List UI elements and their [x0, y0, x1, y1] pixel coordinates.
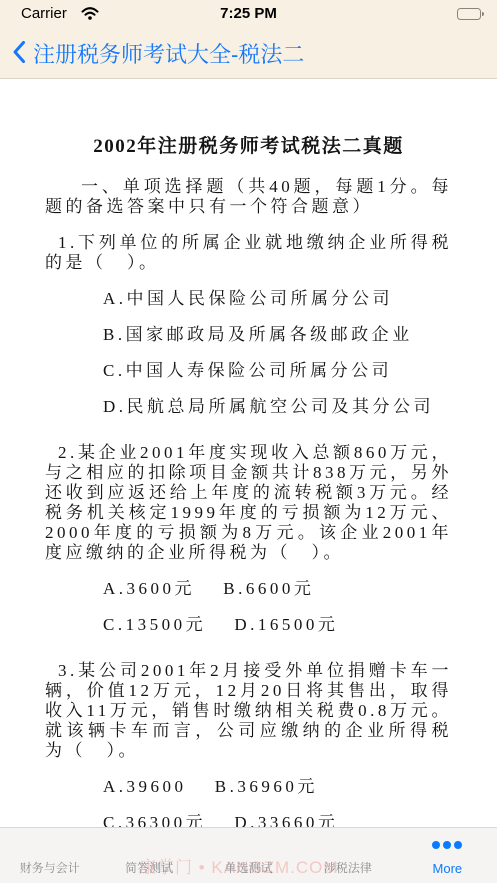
ellipsis-icon [432, 841, 462, 849]
tab-finance-accounting[interactable]: 财务与会计 [0, 828, 99, 883]
app-screen: Carrier 7:25 PM 注册税务师考试大全-税法二 2002年注册税务师… [0, 0, 497, 883]
tab-label: 单选测试 [225, 859, 273, 876]
status-bar: Carrier 7:25 PM [0, 0, 497, 28]
question-stem: 3.某公司2001年2月接受外单位捐赠卡车一辆，价值12万元，12月20日将其售… [45, 661, 452, 761]
exam-document-page[interactable]: 2002年注册税务师考试税法二真题 一、单项选择题（共40题，每题1分。每题的备… [0, 80, 497, 883]
navigation-bar: 注册税务师考试大全-税法二 [0, 28, 497, 79]
option-row: D.民航总局所属航空公司及其分公司 [103, 397, 452, 417]
option-row: C.中国人寿保险公司所属分公司 [103, 361, 452, 381]
status-time: 7:25 PM [0, 5, 497, 22]
chevron-left-icon [12, 40, 26, 67]
option-row: A.39600 B.36960元 [103, 777, 452, 797]
tab-label: 财务与会计 [20, 859, 80, 876]
option-row: B.国家邮政局及所属各级邮政企业 [103, 325, 452, 345]
tab-label: 涉税法律 [324, 859, 372, 876]
tab-short-answer-test[interactable]: 简答测试 [99, 828, 198, 883]
option-row: C.13500元 D.16500元 [103, 615, 452, 635]
section-header: 一、单项选择题（共40题，每题1分。每题的备选答案中只有一个符合题意） [45, 177, 452, 217]
tab-label: 简答测试 [125, 859, 173, 876]
tab-single-choice-test[interactable]: 单选测试 [199, 828, 298, 883]
back-button[interactable]: 注册税务师考试大全-税法二 [0, 38, 304, 69]
document-title: 2002年注册税务师考试税法二真题 [45, 134, 452, 159]
option-row: A.3600元 B.6600元 [103, 579, 452, 599]
question-stem: 1.下列单位的所属企业就地缴纳企业所得税的是（ ）。 [45, 233, 452, 273]
question-stem: 2.某企业2001年度实现收入总额860万元，与之相应的扣除项目金额共计838万… [45, 443, 452, 563]
tab-bar: 康掌门 • KANGZM.COM 财务与会计 简答测试 单选测试 涉税法律 Mo… [0, 827, 497, 883]
tab-tax-law[interactable]: 涉税法律 [298, 828, 397, 883]
back-title: 注册税务师考试大全-税法二 [33, 38, 304, 69]
option-row: A.中国人民保险公司所属分公司 [103, 289, 452, 309]
tab-label: More [433, 861, 463, 876]
battery-icon [457, 8, 484, 20]
tab-more[interactable]: More [398, 828, 497, 883]
